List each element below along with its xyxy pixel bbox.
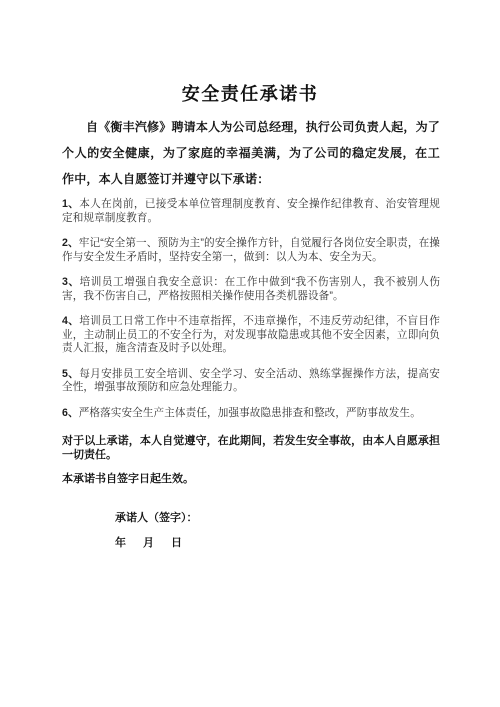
- effective-date-paragraph: 本承诺书自签字日起生效。: [62, 473, 440, 487]
- item-3-number: 3、: [62, 276, 80, 288]
- item-1-number: 1、: [62, 198, 79, 210]
- item-5-text: 每月安排员工安全培训、安全学习、安全活动、熟练掌握操作方法，提高安全性，增强事故…: [62, 368, 440, 394]
- item-3-text: 培训员工增强自我安全意识：在工作中做到“我不伤害别人，我不被别人伤害，我不伤害自…: [62, 276, 440, 302]
- document-page: 安全责任承诺书 自《衡丰汽修》聘请本人为公司总经理，执行公司负责人起，为了个人的…: [0, 0, 500, 707]
- commitment-item-5: 5、每月安排员工安全培训、安全学习、安全活动、熟练掌握操作方法，提高安全性，增强…: [62, 368, 440, 395]
- day-label: 日: [171, 537, 182, 549]
- item-4-text: 培训员工日常工作中不违章指挥，不违章操作，不违反劳动纪律，不盲目作业，主动制止员…: [62, 315, 440, 354]
- item-6-text: 严格落实安全生产主体责任，加强事故隐患排查和整改，严防事故发生。: [79, 407, 421, 419]
- closing-paragraph: 对于以上承诺，本人自觉遵守，在此期间，若发生安全事故，由本人自愿承担一切责任。: [62, 435, 440, 462]
- document-title: 安全责任承诺书: [0, 80, 500, 106]
- signature-block: 承诺人（签字）： 年月日: [115, 512, 440, 551]
- signer-label: 承诺人（签字）：: [115, 512, 440, 526]
- month-label: 月: [143, 537, 154, 549]
- item-5-number: 5、: [62, 368, 79, 380]
- commitment-item-3: 3、培训员工增强自我安全意识：在工作中做到“我不伤害别人，我不被别人伤害，我不伤…: [62, 276, 440, 303]
- item-4-number: 4、: [62, 315, 79, 327]
- commitment-item-6: 6、严格落实安全生产主体责任，加强事故隐患排查和整改，严防事故发生。: [62, 407, 440, 421]
- document-body: 自《衡丰汽修》聘请本人为公司总经理，执行公司负责人起，为了个人的安全健康，为了家…: [62, 114, 440, 551]
- item-2-text: 牢记“安全第一、预防为主”的安全操作方针，自觉履行各岗位安全职责，在操作与安全发…: [62, 237, 440, 263]
- intro-paragraph: 自《衡丰汽修》聘请本人为公司总经理，执行公司负责人起，为了个人的安全健康，为了家…: [62, 114, 440, 192]
- commitment-item-2: 2、牢记“安全第一、预防为主”的安全操作方针，自觉履行各岗位安全职责，在操作与安…: [62, 237, 440, 264]
- commitment-item-4: 4、培训员工日常工作中不违章指挥，不违章操作，不违反劳动纪律，不盲目作业，主动制…: [62, 315, 440, 356]
- commitment-item-1: 1、本人在岗前，已接受本单位管理制度教育、安全操作纪律教育、治安管理规定和规章制…: [62, 198, 440, 225]
- item-6-number: 6、: [62, 407, 79, 419]
- date-line: 年月日: [115, 537, 440, 551]
- item-1-text: 本人在岗前，已接受本单位管理制度教育、安全操作纪律教育、治安管理规定和规章制度教…: [62, 198, 440, 224]
- item-2-number: 2、: [62, 237, 79, 249]
- year-label: 年: [115, 537, 126, 549]
